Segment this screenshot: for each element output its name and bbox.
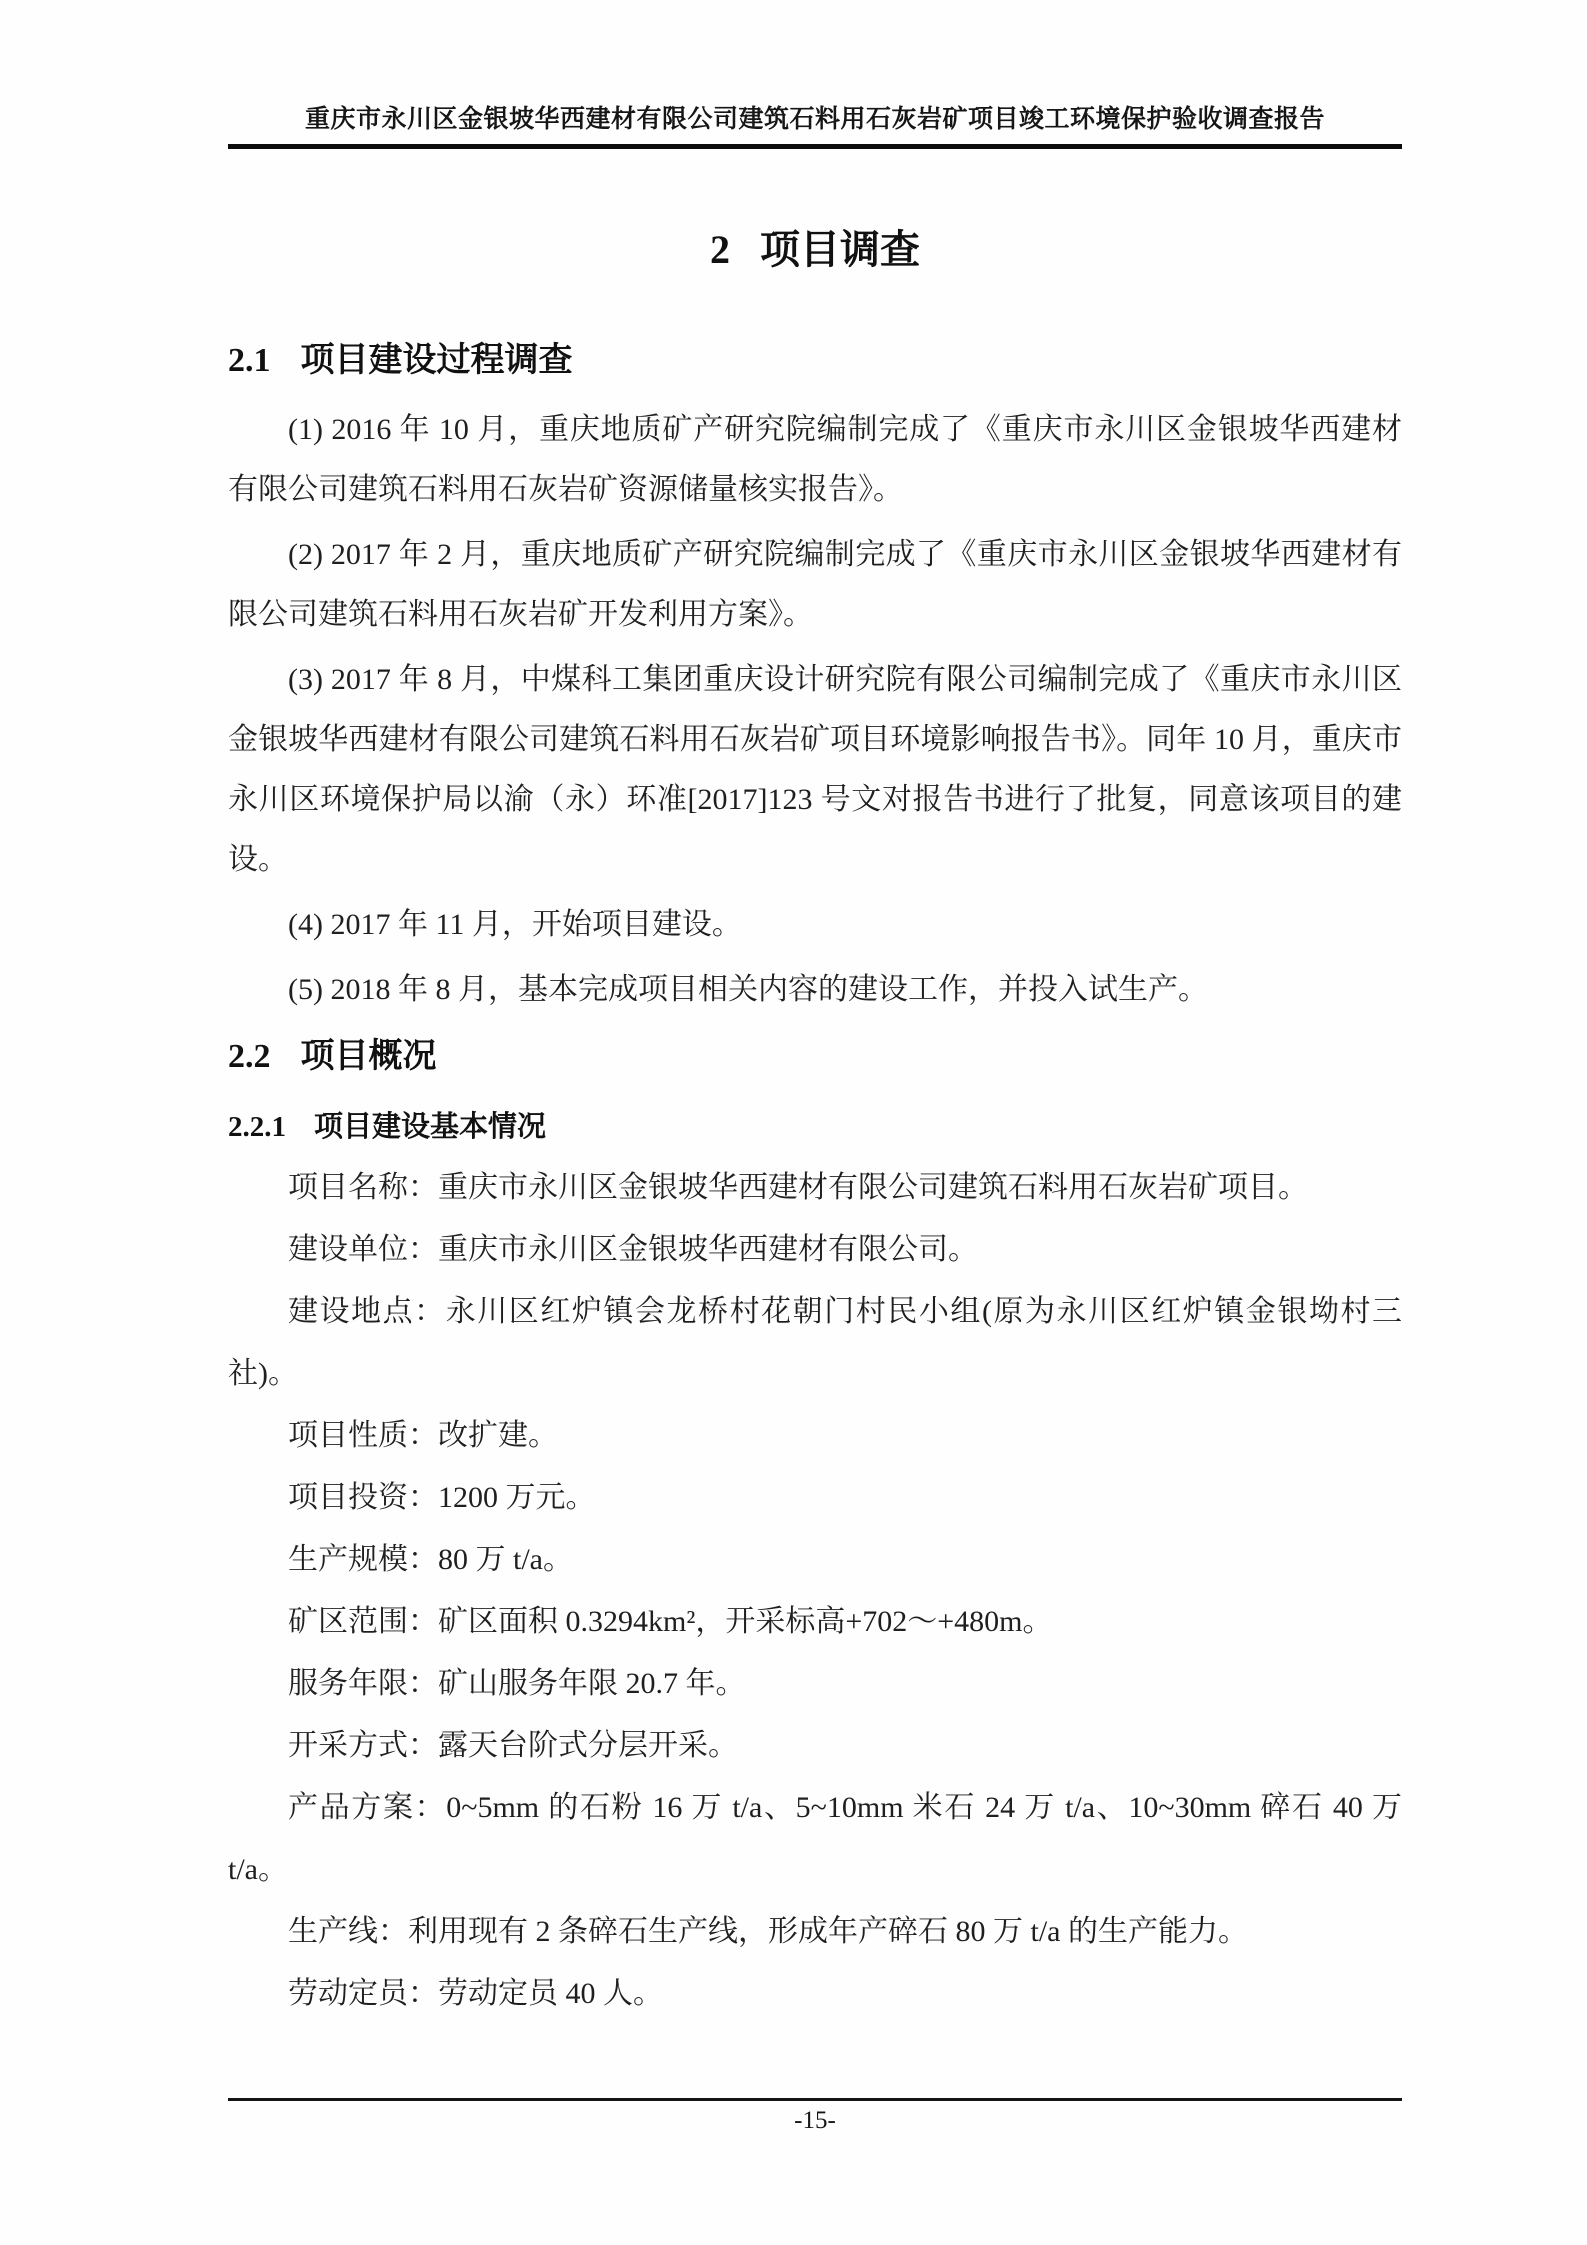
section-heading-2-1: 2.1项目建设过程调查 <box>228 339 1402 383</box>
spec-item-project-name: 项目名称：重庆市永川区金银坡华西建材有限公司建筑石料用石灰岩矿项目。 <box>228 1157 1402 1219</box>
chapter-title-text: 项目调查 <box>760 227 920 272</box>
section-number: 2.2 <box>228 1038 271 1075</box>
spec-item-product-plan: 产品方案：0~5mm 的石粉 16 万 t/a、5~10mm 米石 24 万 t… <box>228 1777 1402 1901</box>
paragraph-1: (1) 2016 年 10 月，重庆地质矿产研究院编制完成了《重庆市永川区金银坡… <box>228 400 1402 520</box>
subsection-number: 2.2.1 <box>228 1111 286 1143</box>
paragraph-4: (4) 2017 年 11 月，开始项目建设。 <box>228 895 1402 955</box>
subsection-heading-text: 项目建设基本情况 <box>314 1111 546 1143</box>
section-number: 2.1 <box>228 342 271 379</box>
section-heading-text: 项目概况 <box>301 1038 437 1075</box>
spec-item-staffing: 劳动定员：劳动定员 40 人。 <box>228 1963 1402 2025</box>
spec-item-production-scale: 生产规模：80 万 t/a。 <box>228 1529 1402 1591</box>
paragraph-2: (2) 2017 年 2 月，重庆地质矿产研究院编制完成了《重庆市永川区金银坡华… <box>228 525 1402 645</box>
spec-item-location: 建设地点：永川区红炉镇会龙桥村花朝门村民小组(原为永川区红炉镇金银坳村三社)。 <box>228 1281 1402 1405</box>
chapter-number: 2 <box>710 227 730 272</box>
paragraph-3: (3) 2017 年 8 月，中煤科工集团重庆设计研究院有限公司编制完成了《重庆… <box>228 650 1402 890</box>
subsection-heading-2-2-1: 2.2.1项目建设基本情况 <box>228 1108 1402 1146</box>
document-body: 2项目调查 2.1项目建设过程调查 (1) 2016 年 10 月，重庆地质矿产… <box>228 0 1402 2025</box>
spec-item-investment: 项目投资：1200 万元。 <box>228 1467 1402 1529</box>
spec-item-service-life: 服务年限：矿山服务年限 20.7 年。 <box>228 1653 1402 1715</box>
page-number: -15- <box>228 2101 1402 2136</box>
paragraph-5: (5) 2018 年 8 月，基本完成项目相关内容的建设工作，并投入试生产。 <box>228 960 1402 1020</box>
section-heading-2-2: 2.2项目概况 <box>228 1034 1402 1080</box>
spec-item-mining-method: 开采方式：露天台阶式分层开采。 <box>228 1715 1402 1777</box>
footer-rule: -15- <box>228 2098 1402 2136</box>
spec-item-builder: 建设单位：重庆市永川区金银坡华西建材有限公司。 <box>228 1219 1402 1281</box>
section-heading-text: 项目建设过程调查 <box>301 342 573 379</box>
chapter-title: 2项目调查 <box>228 226 1402 274</box>
spec-item-nature: 项目性质：改扩建。 <box>228 1405 1402 1467</box>
spec-item-mining-area: 矿区范围：矿区面积 0.3294km²，开采标高+702～+480m。 <box>228 1591 1402 1653</box>
document-page: 重庆市永川区金银坡华西建材有限公司建筑石料用石灰岩矿项目竣工环境保护验收调查报告… <box>0 0 1587 2245</box>
spec-item-production-line: 生产线：利用现有 2 条碎石生产线，形成年产碎石 80 万 t/a 的生产能力。 <box>228 1901 1402 1963</box>
